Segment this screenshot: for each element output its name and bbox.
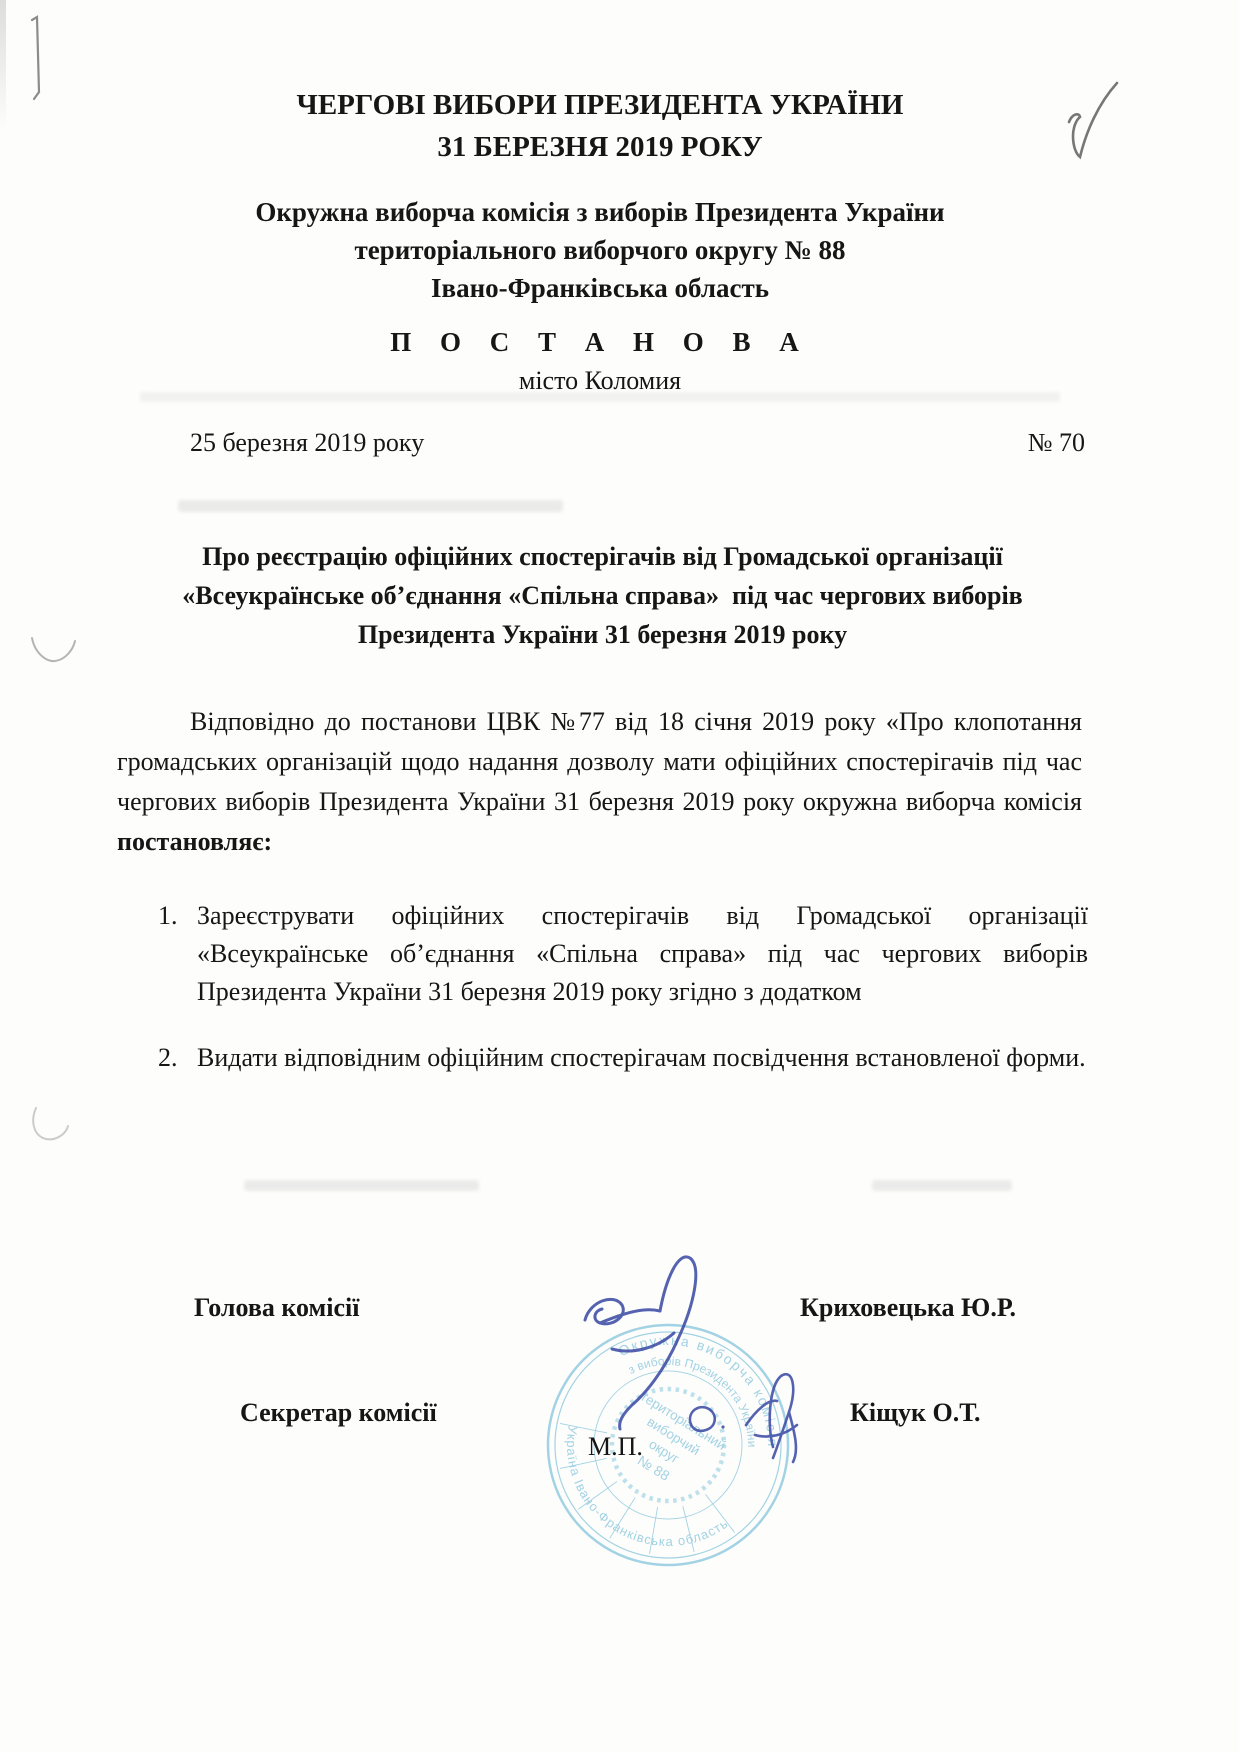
signature-role-secretary: Секретар комісії	[240, 1398, 437, 1428]
commission-name: Окружна виборча комісія з виборів Презид…	[115, 193, 1085, 307]
scan-ghost	[178, 500, 563, 512]
subject-line1: Про реєстрацію офіційних спостерігачів в…	[115, 537, 1090, 576]
scan-edge-shadow	[0, 0, 6, 130]
pen-arc-mark	[25, 630, 85, 675]
preamble-resolves-word: постановляє:	[117, 827, 272, 856]
election-title: ЧЕРГОВІ ВИБОРИ ПРЕЗИДЕНТА УКРАЇНИ 31 БЕР…	[115, 84, 1085, 168]
commission-line2: територіального виборчого округу № 88	[115, 231, 1085, 269]
signature-role-chairman: Голова комісії	[194, 1293, 359, 1323]
document-type-heading: П О С Т А Н О В А	[115, 327, 1085, 358]
commission-line3: Івано-Франківська область	[115, 269, 1085, 307]
secretary-signature	[690, 1374, 797, 1462]
date-number-row: 25 березня 2019 року № 70	[190, 428, 1085, 458]
document-number: № 70	[1028, 428, 1085, 458]
election-title-line2: 31 БЕРЕЗНЯ 2019 РОКУ	[115, 126, 1085, 168]
item-number: 1.	[158, 897, 197, 935]
item-text: Видати відповідним офіційним спостерігач…	[197, 1039, 1088, 1077]
list-item: 2. Видати відповідним офіційним спостері…	[158, 1039, 1088, 1077]
subject-line2: «Всеукраїнське об’єднання «Спільна справ…	[115, 576, 1090, 615]
item-number: 2.	[158, 1039, 197, 1077]
staple-mark	[28, 14, 44, 104]
subject-line3: Президента України 31 березня 2019 року	[115, 615, 1090, 654]
city-line: місто Коломия	[115, 366, 1085, 396]
commission-line1: Окружна виборча комісія з виборів Презид…	[115, 193, 1085, 231]
document-date: 25 березня 2019 року	[190, 428, 424, 458]
scan-ghost	[872, 1180, 1012, 1191]
subject-heading: Про реєстрацію офіційних спостерігачів в…	[115, 537, 1090, 654]
pen-arc-mark	[28, 1098, 78, 1148]
scanned-document-page: ЧЕРГОВІ ВИБОРИ ПРЕЗИДЕНТА УКРАЇНИ 31 БЕР…	[0, 0, 1239, 1752]
signature-name-secretary: Кіщук О.Т.	[850, 1398, 980, 1428]
list-item: 1. Зареєструвати офіційних спостерігачів…	[158, 897, 1088, 1011]
resolution-list: 1. Зареєструвати офіційних спостерігачів…	[158, 897, 1088, 1077]
preamble-paragraph: Відповідно до постанови ЦВК №77 від 18 с…	[117, 702, 1082, 862]
item-text: Зареєструвати офіційних спостерігачів ві…	[197, 897, 1088, 1011]
pen-checkmark-icon	[1050, 70, 1130, 170]
chairman-signature	[585, 1257, 696, 1429]
handwritten-signatures	[540, 1225, 840, 1485]
preamble-text: Відповідно до постанови ЦВК №77 від 18 с…	[117, 707, 1082, 816]
election-title-line1: ЧЕРГОВІ ВИБОРИ ПРЕЗИДЕНТА УКРАЇНИ	[115, 84, 1085, 126]
scan-ghost	[244, 1180, 479, 1191]
